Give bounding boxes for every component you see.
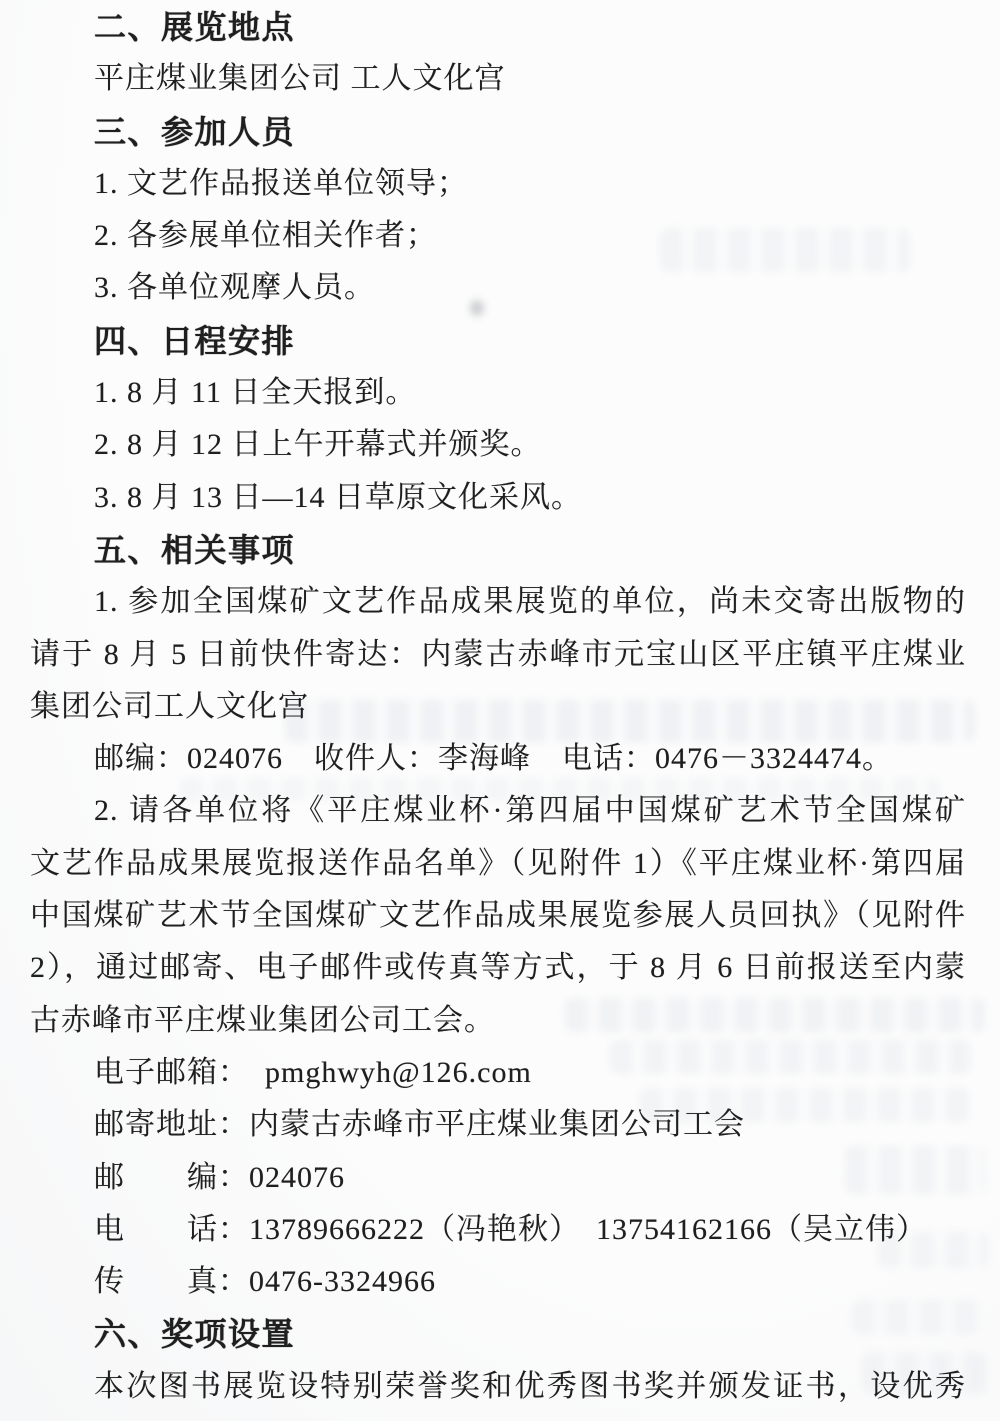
document-line: 3. 8 月 13 日—14 日草原文化采风。	[30, 472, 966, 524]
document-line: 1. 8 月 11 日全天报到。	[30, 367, 966, 419]
section-heading: 二、展览地点	[30, 1, 966, 53]
document-line: 1. 参加全国煤矿文艺作品成果展览的单位，尚未交寄出版物的	[30, 576, 966, 628]
document-line: 传 真：0476-3324966	[30, 1256, 966, 1308]
document-line: 集团公司工人文化宫	[30, 681, 966, 733]
document-line: 邮 编：024076	[30, 1152, 966, 1204]
document-line: 电 话：13789666222（冯艳秋） 13754162166（吴立伟）	[30, 1204, 966, 1256]
document-line: 平庄煤业集团公司 工人文化宫	[30, 53, 966, 105]
document-line: 2. 请各单位将《平庄煤业杯·第四届中国煤矿艺术节全国煤矿	[30, 785, 966, 837]
document-line: 古赤峰市平庄煤业集团公司工会。	[30, 995, 966, 1047]
document-line: 2. 8 月 12 日上午开幕式并颁奖。	[30, 419, 966, 471]
section-heading: 三、参加人员	[30, 106, 966, 158]
document-line: 2），通过邮寄、电子邮件或传真等方式，于 8 月 6 日前报送至内蒙	[30, 942, 966, 994]
document-body: 二、展览地点平庄煤业集团公司 工人文化宫三、参加人员1. 文艺作品报送单位领导；…	[30, 1, 966, 1413]
section-heading: 六、奖项设置	[30, 1308, 966, 1360]
document-line: 请于 8 月 5 日前快件寄达：内蒙古赤峰市元宝山区平庄镇平庄煤业	[30, 629, 966, 681]
document-line: 中国煤矿艺术节全国煤矿文艺作品成果展览参展人员回执》（见附件	[30, 890, 966, 942]
section-heading: 五、相关事项	[30, 524, 966, 576]
document-line: 文艺作品成果展览报送作品名单》（见附件 1）《平庄煤业杯·第四届	[30, 838, 966, 890]
document-line: 电子邮箱： pmghwyh@126.com	[30, 1047, 966, 1099]
document-line: 2. 各参展单位相关作者；	[30, 210, 966, 262]
document-line: 本次图书展览设特别荣誉奖和优秀图书奖并颁发证书，设优秀	[30, 1361, 966, 1413]
section-heading: 四、日程安排	[30, 315, 966, 367]
document-line: 邮寄地址：内蒙古赤峰市平庄煤业集团公司工会	[30, 1099, 966, 1151]
document-line: 邮编：024076 收件人：李海峰 电话：0476－3324474。	[30, 733, 966, 785]
document-line: 3. 各单位观摩人员。	[30, 262, 966, 314]
document-line: 1. 文艺作品报送单位领导；	[30, 158, 966, 210]
document-page: 二、展览地点平庄煤业集团公司 工人文化宫三、参加人员1. 文艺作品报送单位领导；…	[0, 0, 1000, 1421]
